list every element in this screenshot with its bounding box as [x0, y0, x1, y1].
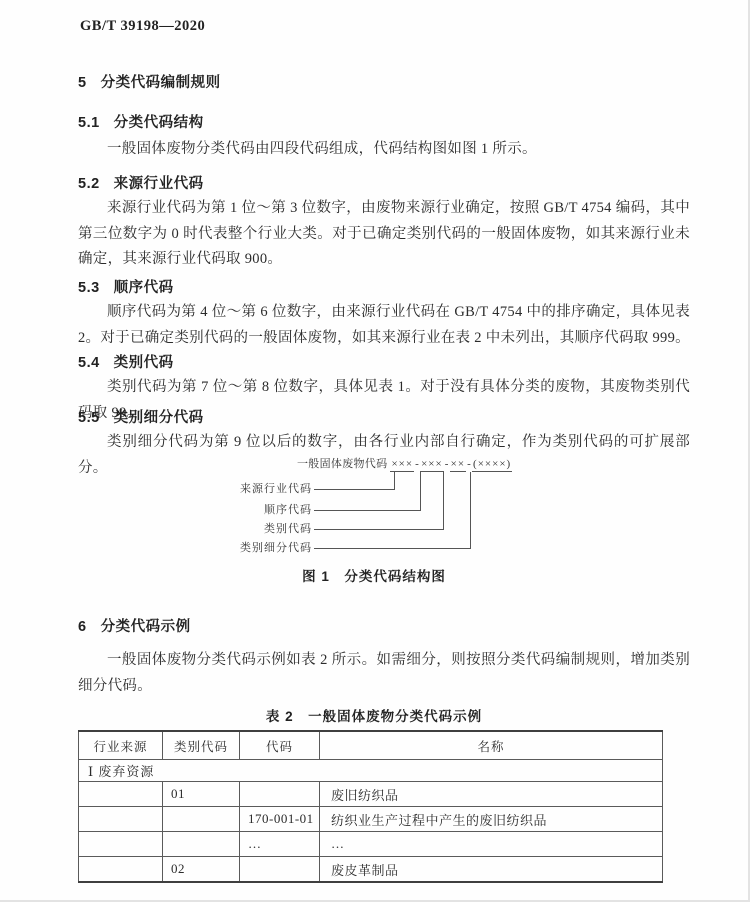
connector-line	[314, 510, 421, 511]
table-cell	[163, 807, 240, 832]
figure-code-structure: 一般固体废物代码 ×××-×××-××-(××××) 来源行业代码 顺序代码 类…	[0, 452, 748, 562]
section-title: 类别细分代码	[114, 410, 204, 426]
table-cell	[240, 857, 320, 883]
connector-line	[314, 548, 471, 549]
table-cell	[79, 857, 163, 883]
section-6-heading: 6分类代码示例	[78, 615, 191, 636]
code-group-category: ××	[450, 458, 466, 472]
section-title: 来源行业代码	[114, 176, 204, 192]
section-title: 分类代码示例	[101, 619, 191, 635]
table-cell: …	[240, 832, 320, 857]
column-header-code: 代码	[240, 731, 320, 760]
section-title: 分类代码编制规则	[101, 75, 221, 91]
figure-label-sequence: 顺序代码	[182, 503, 312, 517]
column-header-industry-source: 行业来源	[79, 731, 163, 760]
table-group-row: Ⅰ 废弃资源	[79, 760, 663, 782]
table-cell: 废旧纺织品	[320, 782, 663, 807]
connector-line	[314, 489, 395, 490]
code-format-line: 一般固体废物代码 ×××-×××-××-(××××)	[297, 455, 512, 471]
section-5-1-paragraph: 一般固体废物分类代码由四段代码组成，代码结构图如图 1 所示。	[78, 137, 690, 163]
section-5-1-heading: 5.1分类代码结构	[78, 111, 204, 132]
connector-line	[420, 472, 421, 510]
section-number: 5.5	[78, 410, 100, 426]
section-5-2-heading: 5.2来源行业代码	[78, 172, 204, 193]
table-cell: 纺织业生产过程中产生的废旧纺织品	[320, 807, 663, 832]
section-number: 5.4	[78, 355, 100, 371]
table-row: ……	[79, 832, 663, 857]
figure-label-subdivision: 类别细分代码	[182, 541, 312, 555]
table-row: 170-001-01纺织业生产过程中产生的废旧纺织品	[79, 807, 663, 832]
table-cell: 170-001-01	[240, 807, 320, 832]
section-5-4-heading: 5.4类别代码	[78, 351, 174, 372]
section-5-heading: 5分类代码编制规则	[78, 71, 221, 92]
group-cell: Ⅰ 废弃资源	[79, 760, 663, 782]
table-row: 01废旧纺织品	[79, 782, 663, 807]
section-5-3-paragraph: 顺序代码为第 4 位～第 6 位数字，由来源行业代码在 GB/T 4754 中的…	[78, 300, 690, 351]
code-group-subdivision: (××××)	[472, 458, 512, 472]
table-2-caption: 表 2 一般固体废物分类代码示例	[0, 705, 748, 725]
table-cell	[79, 807, 163, 832]
section-5-2-paragraph: 来源行业代码为第 1 位～第 3 位数字，由废物来源行业确定，按照 GB/T 4…	[78, 196, 690, 273]
table-cell	[79, 782, 163, 807]
section-number: 5	[78, 75, 87, 91]
table-cell: 01	[163, 782, 240, 807]
figure-1-caption: 图 1 分类代码结构图	[0, 565, 748, 585]
classification-example-table: 行业来源 类别代码 代码 名称 Ⅰ 废弃资源01废旧纺织品170-001-01纺…	[78, 730, 663, 883]
figure-label-category: 类别代码	[182, 522, 312, 536]
table-cell: …	[320, 832, 663, 857]
section-6-paragraph: 一般固体废物分类代码示例如表 2 所示。如需细分，则按照分类代码编制规则，增加类…	[78, 648, 690, 699]
standard-number: GB/T 39198—2020	[80, 18, 205, 35]
column-header-category-code: 类别代码	[163, 731, 240, 760]
section-title: 分类代码结构	[114, 115, 204, 131]
table-cell	[79, 832, 163, 857]
table-cell: 废皮革制品	[320, 857, 663, 883]
connector-line	[470, 472, 471, 548]
document-page: GB/T 39198—2020 5分类代码编制规则 5.1分类代码结构 一般固体…	[0, 0, 750, 902]
figure-label-industry: 来源行业代码	[182, 482, 312, 496]
section-number: 5.1	[78, 115, 100, 131]
connector-line	[394, 472, 395, 489]
section-title: 类别代码	[114, 355, 174, 371]
code-group-industry: ×××	[390, 458, 414, 472]
code-group-sequence: ×××	[420, 458, 444, 472]
table-header-row: 行业来源 类别代码 代码 名称	[79, 731, 663, 760]
table-cell	[163, 832, 240, 857]
table-cell	[240, 782, 320, 807]
code-dash: -	[444, 458, 450, 470]
section-number: 5.2	[78, 176, 100, 192]
section-number: 5.3	[78, 280, 100, 296]
table-row: 02废皮革制品	[79, 857, 663, 883]
table-2: 行业来源 类别代码 代码 名称 Ⅰ 废弃资源01废旧纺织品170-001-01纺…	[78, 730, 663, 883]
connector-line	[443, 472, 444, 529]
code-prefix: 一般固体废物代码	[297, 458, 387, 470]
section-number: 6	[78, 619, 87, 635]
column-header-name: 名称	[320, 731, 663, 760]
section-5-5-heading: 5.5类别细分代码	[78, 406, 204, 427]
table-cell: 02	[163, 857, 240, 883]
section-title: 顺序代码	[114, 280, 174, 296]
connector-line	[314, 529, 444, 530]
section-5-3-heading: 5.3顺序代码	[78, 276, 174, 297]
